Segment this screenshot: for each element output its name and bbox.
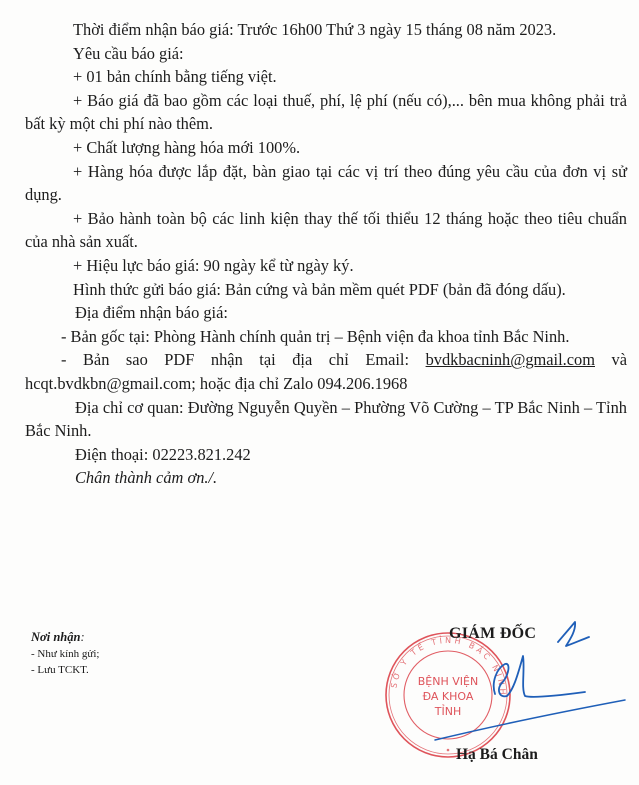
signer-position: GIÁM ĐỐC	[449, 625, 536, 643]
official-stamp-icon: SỞ Y TẾ TỈNH BẮC NINH BỆNH VIỆN ĐA KHOA …	[383, 630, 513, 760]
recipients-colon: :	[80, 630, 84, 644]
requirement-item: + 01 bản chính bằng tiếng việt.	[25, 65, 627, 89]
signer-name: Hạ Bá Chân	[456, 746, 538, 764]
location-original: - Bản gốc tại: Phòng Hành chính quản trị…	[25, 325, 627, 349]
svg-text:TỈNH: TỈNH	[434, 704, 461, 718]
requirement-item: + Hàng hóa được lắp đặt, bàn giao tại cá…	[25, 160, 627, 207]
document-body: Thời điểm nhận báo giá: Trước 16h00 Thứ …	[25, 18, 627, 490]
requirement-item: + Báo giá đã bao gồm các loại thuế, phí,…	[25, 89, 627, 136]
svg-text:ĐA KHOA: ĐA KHOA	[423, 690, 474, 703]
svg-text:SỞ Y TẾ TỈNH BẮC NINH: SỞ Y TẾ TỈNH BẮC NINH	[389, 634, 507, 698]
copy-prefix: - Bản sao PDF nhận tại địa chỉ Email:	[61, 350, 426, 369]
svg-text:BỆNH VIỆN: BỆNH VIỆN	[418, 675, 478, 688]
recipient-item: - Như kính gửi;	[31, 646, 99, 662]
requirement-item: + Bảo hành toàn bộ các linh kiện thay th…	[25, 207, 627, 254]
requirement-item: + Chất lượng hàng hóa mới 100%.	[25, 136, 627, 160]
send-method-paragraph: Hình thức gửi báo giá: Bản cứng và bản m…	[25, 278, 627, 302]
requirement-item: + Hiệu lực báo giá: 90 ngày kể từ ngày k…	[25, 254, 627, 278]
recipients-title: Nơi nhận:	[31, 628, 99, 646]
closing-text: Chân thành cảm ơn./.	[25, 466, 627, 490]
location-heading: Địa điểm nhận báo giá:	[25, 301, 627, 325]
deadline-paragraph: Thời điểm nhận báo giá: Trước 16h00 Thứ …	[25, 18, 627, 42]
signature-block: SỞ Y TẾ TỈNH BẮC NINH BỆNH VIỆN ĐA KHOA …	[375, 600, 639, 785]
location-copy: - Bản sao PDF nhận tại địa chỉ Email: bv…	[25, 348, 627, 395]
document-page: Thời điểm nhận báo giá: Trước 16h00 Thứ …	[0, 0, 639, 785]
recipients-title-text: Nơi nhận	[31, 630, 80, 644]
recipient-item: - Lưu TCKT.	[31, 662, 99, 678]
phone-paragraph: Điện thoại: 02223.821.242	[25, 443, 627, 467]
requirements-heading: Yêu cầu báo giá:	[25, 42, 627, 66]
address-paragraph: Địa chỉ cơ quan: Đường Nguyễn Quyền – Ph…	[25, 396, 627, 443]
email-link[interactable]: bvdkbacninh@gmail.com	[426, 350, 595, 369]
recipients-block: Nơi nhận: - Như kính gửi; - Lưu TCKT.	[31, 628, 99, 678]
